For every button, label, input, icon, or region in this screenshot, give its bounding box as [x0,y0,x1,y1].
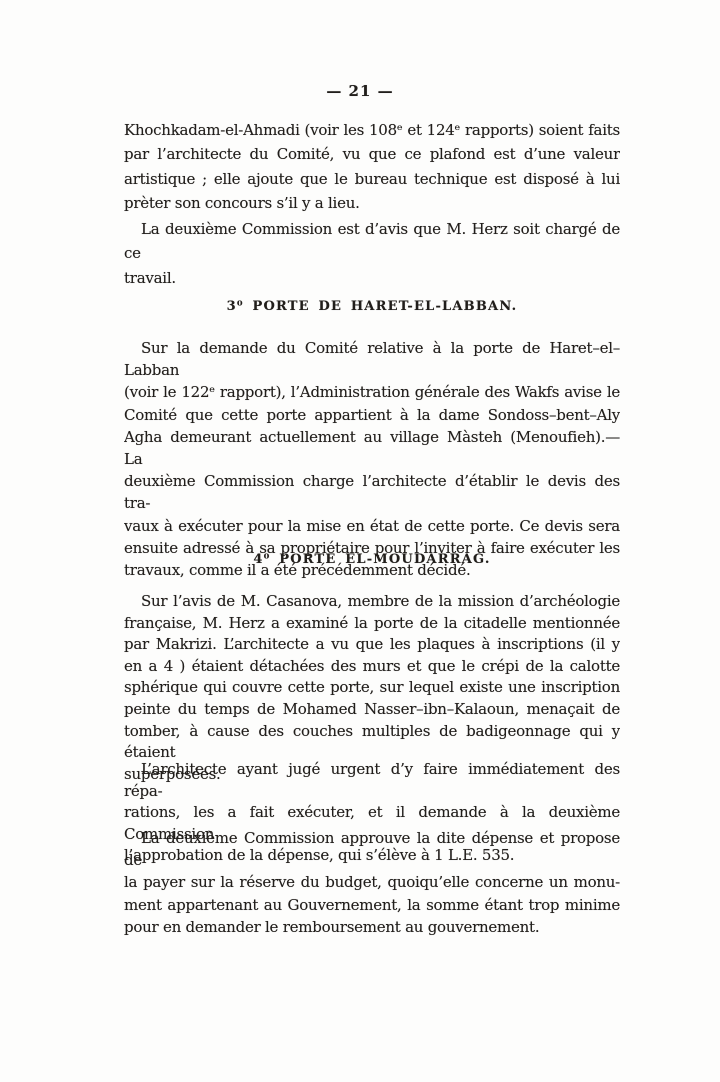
section-heading-porte-el-moudarrag: 4⁰ PORTE EL-MOUDARRAG. [124,552,620,567]
text-line: travail. [124,266,620,290]
text-line: peinte du temps de Mohamed Nasser–ibn–Ka… [124,699,620,721]
section-heading-porte-haret-el-labban: 3⁰ PORTE DE HARET-EL-LABBAN. [124,299,620,314]
text-line: par Makrizi. L’architecte a vu que les p… [124,634,620,656]
text-line: L’architecte ayant jugé urgent d’y faire… [124,759,620,802]
text-line: Sur l’avis de M. Casanova, membre de la … [124,591,620,613]
text-line: en a 4 ) étaient détachées des murs et q… [124,656,620,678]
text-line: ment appartenant au Gouvernement, la som… [124,894,620,916]
paragraph-khochkadam: Khochkadam-el-Ahmadi (voir les 108ᵉ et 1… [124,118,620,215]
text-line: La deuxième Commission approuve la dite … [124,827,620,871]
paragraph-commission-avis: La deuxième Commission est d’avis que M.… [124,217,620,290]
page-number: — 21 — [0,82,720,100]
text-line: française, M. Herz a examiné la porte de… [124,613,620,635]
text-line: Comité que cette porte appartient à la d… [124,404,620,426]
text-line: Agha demeurant actuellement au village M… [124,426,620,470]
text-line: La deuxième Commission est d’avis que M.… [124,217,620,266]
text-line: deuxième Commission charge l’architecte … [124,470,620,514]
text-line: par l’architecte du Comité, vu que ce pl… [124,142,620,166]
text-line: pour en demander le remboursement au gou… [124,916,620,938]
paragraph-el-moudarrag: Sur l’avis de M. Casanova, membre de la … [124,591,620,785]
text-line: prèter son concours s’il y a lieu. [124,191,620,215]
text-line: artistique ; elle ajoute que le bureau t… [124,167,620,191]
text-line: Sur la demande du Comité relative à la p… [124,337,620,381]
text-line: vaux à exécuter pour la mise en état de … [124,515,620,537]
text-line: Khochkadam-el-Ahmadi (voir les 108ᵉ et 1… [124,118,620,142]
paragraph-haret-el-labban: Sur la demande du Comité relative à la p… [124,337,620,581]
text-line: tomber, à cause des couches multiples de… [124,721,620,764]
text-line: (voir le 122ᵉ rapport), l’Administration… [124,381,620,403]
text-line: sphérique qui couvre cette porte, sur le… [124,677,620,699]
text-line: la payer sur la réserve du budget, quoiq… [124,871,620,893]
paragraph-approbation-depense: La deuxième Commission approuve la dite … [124,827,620,938]
scanned-page: — 21 — Khochkadam-el-Ahmadi (voir les 10… [0,0,720,1082]
